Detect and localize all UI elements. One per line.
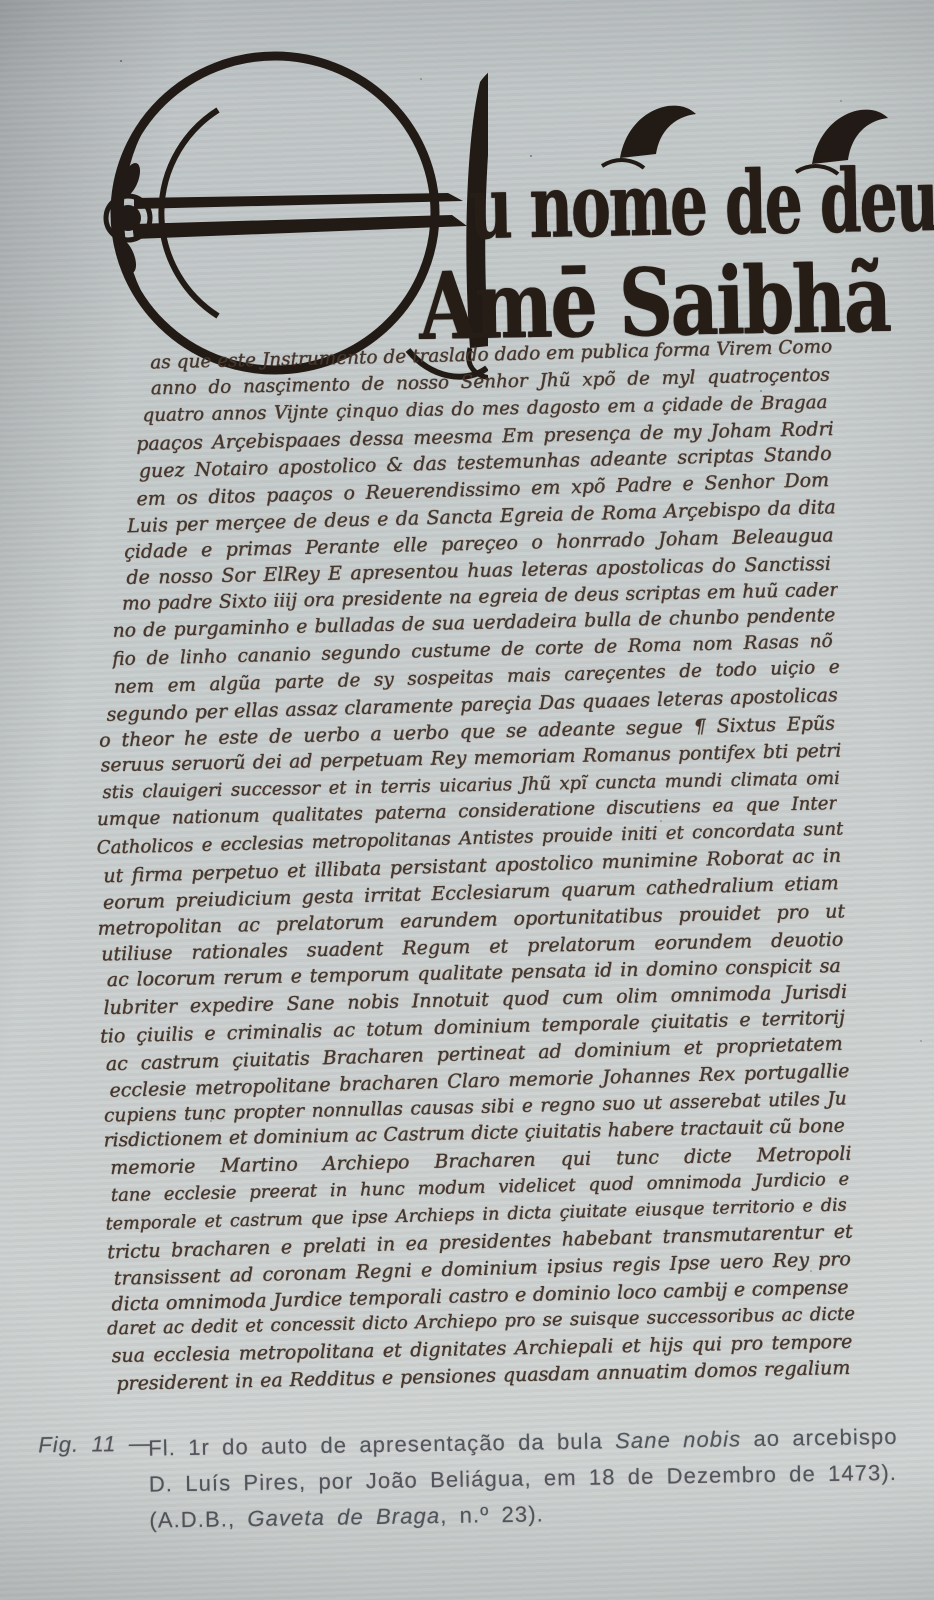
caption-archive-title: Gaveta de Braga	[247, 1503, 440, 1531]
photographed-book-page: u nome de deus Amē Saibhã as que este Jn…	[0, 0, 934, 1600]
caption-text: Fl. 1r do auto de apresentação da bula S…	[148, 1419, 910, 1539]
caption-line2: D. Luís Pires, por João Beliágua, em 18 …	[149, 1460, 898, 1497]
figure-label: Fig. 11 —	[38, 1431, 152, 1459]
caption-bull-title: Sane nobis	[615, 1426, 741, 1453]
caption-line3-pre: (A.D.B.,	[149, 1506, 247, 1533]
caption-line1-pre: Fl. 1r do auto de apresentação da bula	[148, 1428, 615, 1460]
caption-line1-post: ao arcebispo	[741, 1424, 898, 1451]
gothic-heading-line1: u nome de deus	[468, 149, 934, 259]
manuscript-lines: as que este Jnstrumento de traslado dado…	[84, 334, 856, 1398]
caption-line3-post: , n.º 23).	[440, 1501, 544, 1528]
figure-caption: Fig. 11 — Fl. 1r do auto de apresentação…	[0, 1418, 934, 1433]
